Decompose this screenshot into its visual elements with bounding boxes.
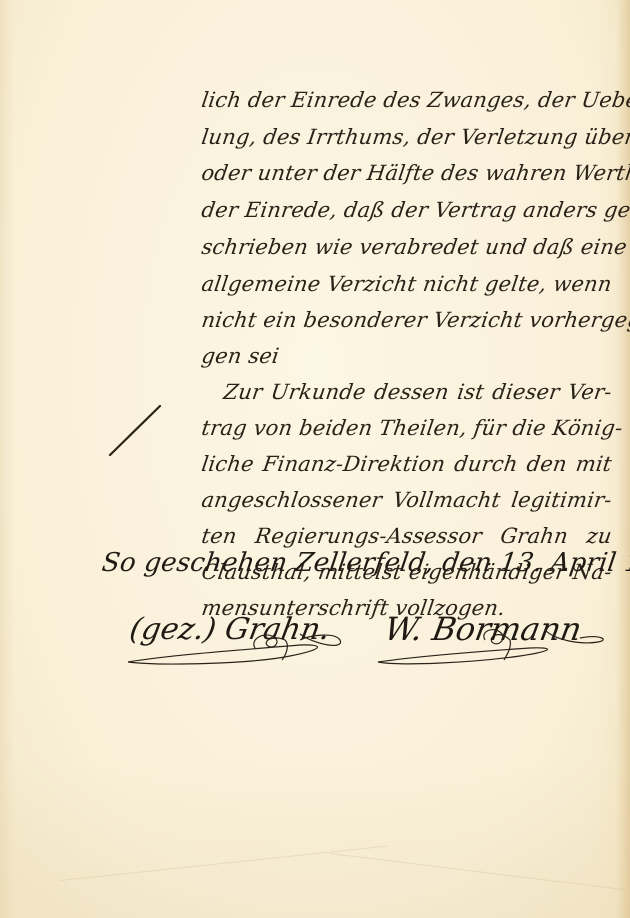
text-line: allgemeine Verzicht nicht gelte, wenn	[200, 272, 613, 296]
text-line: trag von beiden Theilen, für die König-	[200, 416, 613, 440]
text-line: liche Finanz-Direktion durch den mit	[200, 452, 613, 476]
text-line: lung, des Irrthums, der Verletzung über	[200, 125, 613, 149]
paragraph-start-line: Zur Urkunde dessen ist dieser Ver-	[222, 380, 613, 404]
text-line: ten Regierungs-Assessor Grahn zu	[200, 524, 613, 548]
signature-bormann: W. Bormann	[382, 610, 585, 648]
text-line: der Einrede, daß der Vertrag anders ge-	[200, 198, 613, 222]
text-line: lich der Einrede des Zwanges, der Ueberr…	[200, 88, 613, 112]
text-line: gen sei	[200, 344, 281, 368]
date-line: So geschehen Zellerfeld, den 13. April 1…	[100, 548, 630, 578]
text-line: angeschlossener Vollmacht legitimir-	[200, 488, 613, 512]
text-line: nicht ein besonderer Verzicht vorhergega…	[200, 308, 613, 332]
signature-grahn: (gez.) Grahn.	[127, 612, 333, 647]
text-line: oder unter der Hälfte des wahren Werths,	[200, 161, 613, 185]
text-line: schrieben wie verabredet und daß eine	[200, 235, 613, 259]
